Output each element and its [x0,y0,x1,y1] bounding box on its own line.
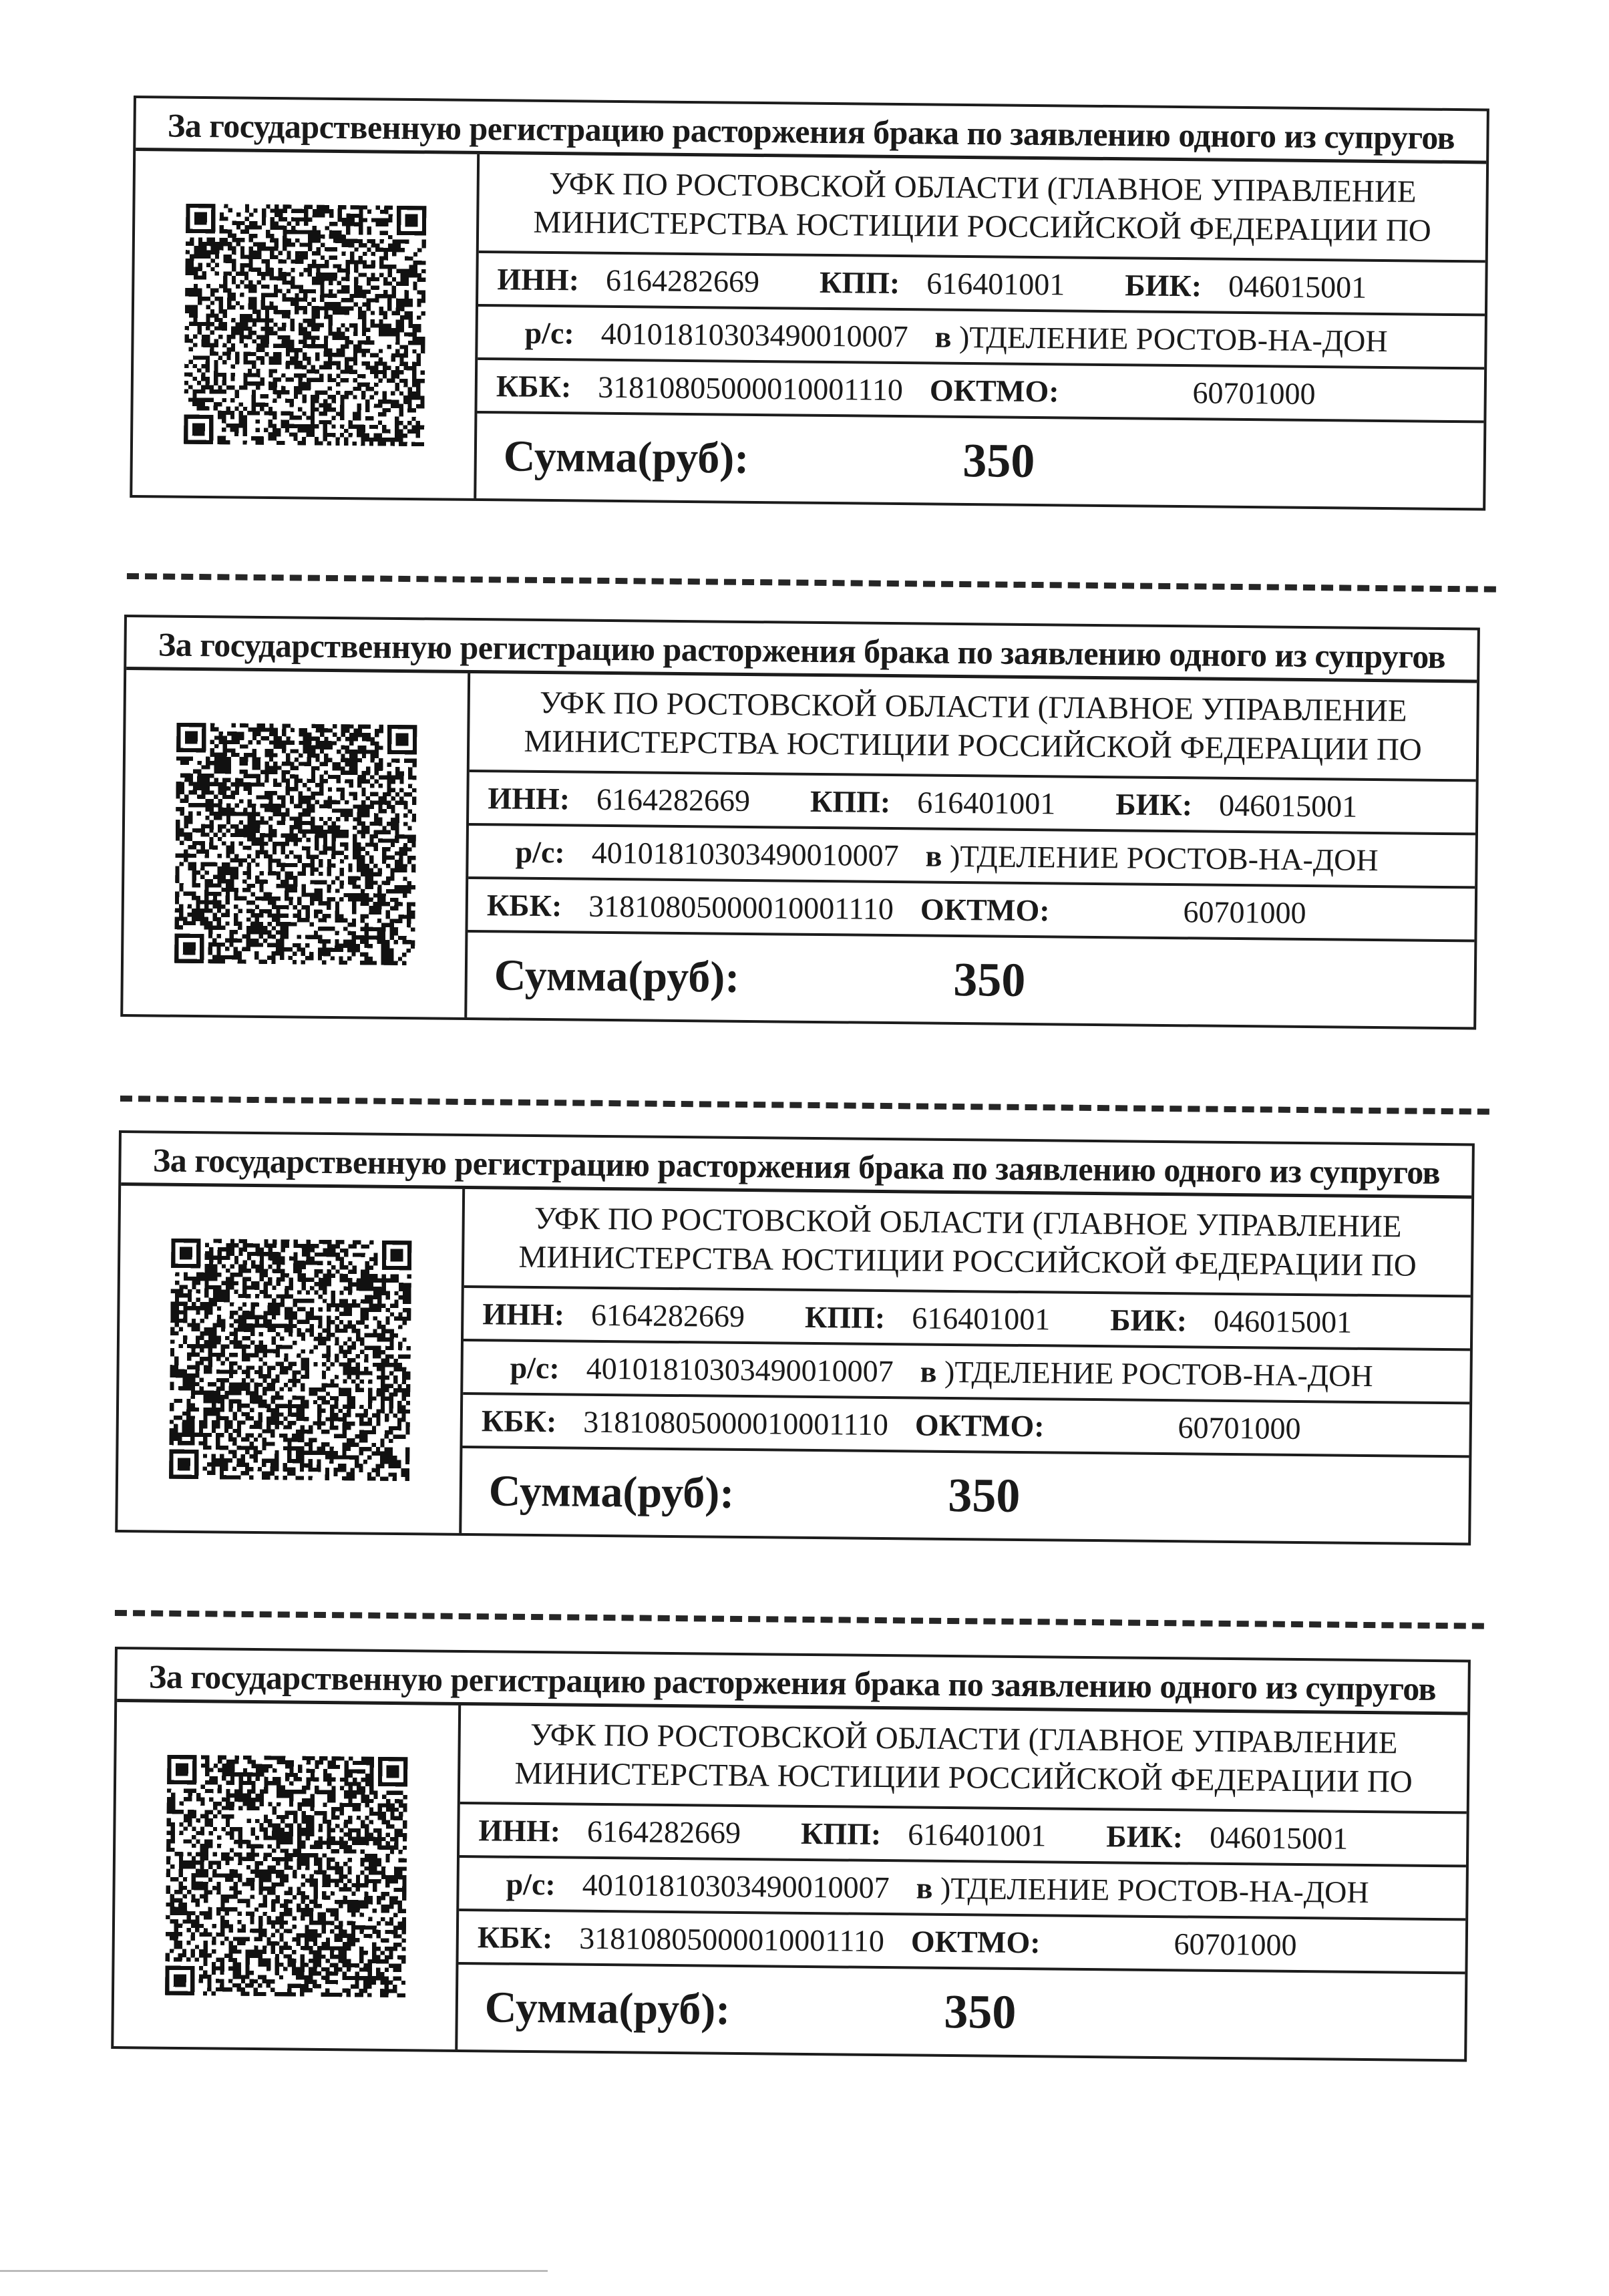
bik-label: БИК: [1125,267,1202,303]
receipt-body: УФК ПО РОСТОВСКОЙ ОБЛАСТИ (ГЛАВНОЕ УПРАВ… [132,151,1486,508]
cut-line-divider [127,573,1496,593]
qr-code-cell [118,1186,465,1533]
account-value: 40101810303490010007 [582,1866,889,1905]
inn-label: ИНН: [478,1812,560,1848]
receipt-body: УФК ПО РОСТОВСКОЙ ОБЛАСТИ (ГЛАВНОЕ УПРАВ… [114,1702,1467,2059]
sum-row: Сумма(руб): 350 [462,1448,1469,1542]
inn-kpp-bik-row: ИНН: 6164282669 КПП: 616401001 БИК: 0460… [464,1288,1471,1351]
kbk-label: КБК: [496,368,572,404]
payment-receipt: За государственную регистрацию расторжен… [120,615,1480,1029]
bik-value: 046015001 [1210,1819,1348,1856]
oktmo-value: 60701000 [1192,375,1316,412]
inn-label: ИНН: [482,1296,564,1332]
inn-label: ИНН: [488,780,570,816]
sum-label: Сумма(руб): [494,950,739,1003]
scan-edge-line [0,2270,548,2272]
account-row: р/с: 40101810303490010007 в )ТДЕЛЕНИЕ РО… [459,1858,1466,1921]
bik-label: БИК: [1106,1818,1183,1854]
account-label: р/с: [506,1866,556,1902]
bank-prefix: в [934,319,951,354]
payment-receipt: За государственную регистрацию расторжен… [115,1130,1475,1545]
kbk-label: КБК: [482,1403,557,1439]
oktmo-value: 60701000 [1174,1926,1297,1963]
qr-code-icon [183,203,425,446]
account-row: р/с: 40101810303490010007 в )ТДЕЛЕНИЕ РО… [463,1341,1470,1404]
sum-value: 350 [953,952,1026,1008]
cut-line-divider [115,1610,1484,1629]
account-value: 40101810303490010007 [586,1350,893,1388]
receipt-fields: УФК ПО РОСТОВСКОЙ ОБЛАСТИ (ГЛАВНОЕ УПРАВ… [458,1705,1467,2059]
inn-kpp-bik-row: ИНН: 6164282669 КПП: 616401001 БИК: 0460… [460,1804,1467,1867]
kbk-value: 31810805000010001110 [583,1404,888,1442]
receipt-fields: УФК ПО РОСТОВСКОЙ ОБЛАСТИ (ГЛАВНОЕ УПРАВ… [467,673,1477,1027]
sum-value: 350 [944,1984,1017,2040]
bank-name: )ТДЕЛЕНИЕ РОСТОВ-НА-ДОН [959,319,1388,358]
receipt-fields: УФК ПО РОСТОВСКОЙ ОБЛАСТИ (ГЛАВНОЕ УПРАВ… [462,1189,1471,1542]
bik-value: 046015001 [1219,787,1357,824]
payee-row: УФК ПО РОСТОВСКОЙ ОБЛАСТИ (ГЛАВНОЕ УПРАВ… [470,673,1477,782]
oktmo-value: 60701000 [1178,1410,1301,1446]
account-row: р/с: 40101810303490010007 в )ТДЕЛЕНИЕ РО… [468,826,1475,888]
kbk-oktmo-row: КБК: 31810805000010001110 ОКТМО: 6070100… [468,879,1475,942]
bank-prefix: в [916,1870,932,1905]
bank-name: )ТДЕЛЕНИЕ РОСТОВ-НА-ДОН [944,1353,1373,1393]
kpp-label: КПП: [820,264,900,300]
bank-name: )ТДЕЛЕНИЕ РОСТОВ-НА-ДОН [950,838,1379,877]
bik-value: 046015001 [1214,1303,1352,1339]
receipt-body: УФК ПО РОСТОВСКОЙ ОБЛАСТИ (ГЛАВНОЕ УПРАВ… [123,670,1477,1027]
inn-label: ИНН: [497,261,579,297]
inn-value: 6164282669 [596,781,750,818]
kpp-label: КПП: [805,1299,886,1335]
account-label: р/с: [510,1349,560,1385]
sum-value: 350 [962,433,1035,489]
qr-code-icon [174,722,416,965]
kbk-label: КБК: [487,887,562,923]
kbk-label: КБК: [478,1919,553,1955]
payment-receipt: За государственную регистрацию расторжен… [111,1647,1471,2062]
oktmo-value: 60701000 [1183,894,1306,931]
kbk-value: 31810805000010001110 [588,888,894,926]
inn-value: 6164282669 [606,262,759,299]
inn-kpp-bik-row: ИНН: 6164282669 КПП: 616401001 БИК: 0460… [478,253,1485,316]
sum-label: Сумма(руб): [503,431,749,484]
kpp-value: 616401001 [926,265,1065,302]
bank-name: )ТДЕЛЕНИЕ РОСТОВ-НА-ДОН [940,1870,1369,1909]
kbk-oktmo-row: КБК: 31810805000010001110 ОКТМО: 6070100… [462,1395,1469,1458]
sum-row: Сумма(руб): 350 [467,933,1474,1027]
sum-label: Сумма(руб): [488,1466,734,1519]
qr-code-icon [168,1238,411,1480]
inn-value: 6164282669 [591,1297,745,1333]
inn-value: 6164282669 [587,1813,741,1850]
bank-prefix: в [920,1353,936,1389]
sum-value: 350 [948,1468,1021,1524]
bik-label: БИК: [1110,1302,1187,1338]
oktmo-label: ОКТМО: [920,891,1050,928]
qr-code-cell [123,670,470,1017]
account-label: р/с: [515,834,565,870]
qr-code-cell [132,151,480,498]
sum-row: Сумма(руб): 350 [476,414,1483,508]
sum-label: Сумма(руб): [484,1982,730,2035]
oktmo-label: ОКТМО: [911,1923,1041,1960]
receipt-body: УФК ПО РОСТОВСКОЙ ОБЛАСТИ (ГЛАВНОЕ УПРАВ… [118,1186,1471,1542]
oktmo-label: ОКТМО: [930,372,1059,409]
bik-label: БИК: [1115,786,1192,822]
payee-row: УФК ПО РОСТОВСКОЙ ОБЛАСТИ (ГЛАВНОЕ УПРАВ… [464,1189,1471,1297]
oktmo-label: ОКТМО: [915,1407,1045,1444]
payee-row: УФК ПО РОСТОВСКОЙ ОБЛАСТИ (ГЛАВНОЕ УПРАВ… [460,1705,1467,1814]
cut-line-divider [120,1096,1489,1115]
payee-row: УФК ПО РОСТОВСКОЙ ОБЛАСТИ (ГЛАВНОЕ УПРАВ… [479,154,1486,263]
payee-line-2: МИНИСТЕРСТВА ЮСТИЦИИ РОССИЙСКОЙ ФЕДЕРАЦИ… [533,203,1431,251]
account-label: р/с: [524,315,574,351]
payee-line-2: МИНИСТЕРСТВА ЮСТИЦИИ РОССИЙСКОЙ ФЕДЕРАЦИ… [514,1754,1413,1802]
bik-value: 046015001 [1228,268,1367,305]
qr-code-cell [114,1702,461,2049]
kbk-oktmo-row: КБК: 31810805000010001110 ОКТМО: 6070100… [458,1911,1465,1974]
sum-row: Сумма(руб): 350 [458,1965,1465,2059]
payment-receipt: За государственную регистрацию расторжен… [130,96,1489,510]
receipt-fields: УФК ПО РОСТОВСКОЙ ОБЛАСТИ (ГЛАВНОЕ УПРАВ… [476,154,1486,508]
kpp-value: 616401001 [908,1816,1046,1853]
kpp-value: 616401001 [917,784,1055,821]
account-value: 40101810303490010007 [600,315,908,353]
account-row: р/с: 40101810303490010007 в )ТДЕЛЕНИЕ РО… [478,307,1485,369]
account-value: 40101810303490010007 [591,834,898,872]
bank-prefix: в [925,838,942,873]
kpp-value: 616401001 [912,1300,1050,1337]
kpp-label: КПП: [801,1815,882,1851]
kbk-oktmo-row: КБК: 31810805000010001110 ОКТМО: 6070100… [477,360,1484,423]
qr-code-icon [164,1754,407,1997]
kbk-value: 31810805000010001110 [579,1920,884,1958]
kbk-value: 31810805000010001110 [598,369,903,407]
payee-line-2: МИНИСТЕРСТВА ЮСТИЦИИ РОССИЙСКОЙ ФЕДЕРАЦИ… [518,1238,1417,1285]
kpp-label: КПП: [810,783,891,819]
payee-line-2: МИНИСТЕРСТВА ЮСТИЦИИ РОССИЙСКОЙ ФЕДЕРАЦИ… [524,722,1422,770]
inn-kpp-bik-row: ИНН: 6164282669 КПП: 616401001 БИК: 0460… [469,772,1476,835]
